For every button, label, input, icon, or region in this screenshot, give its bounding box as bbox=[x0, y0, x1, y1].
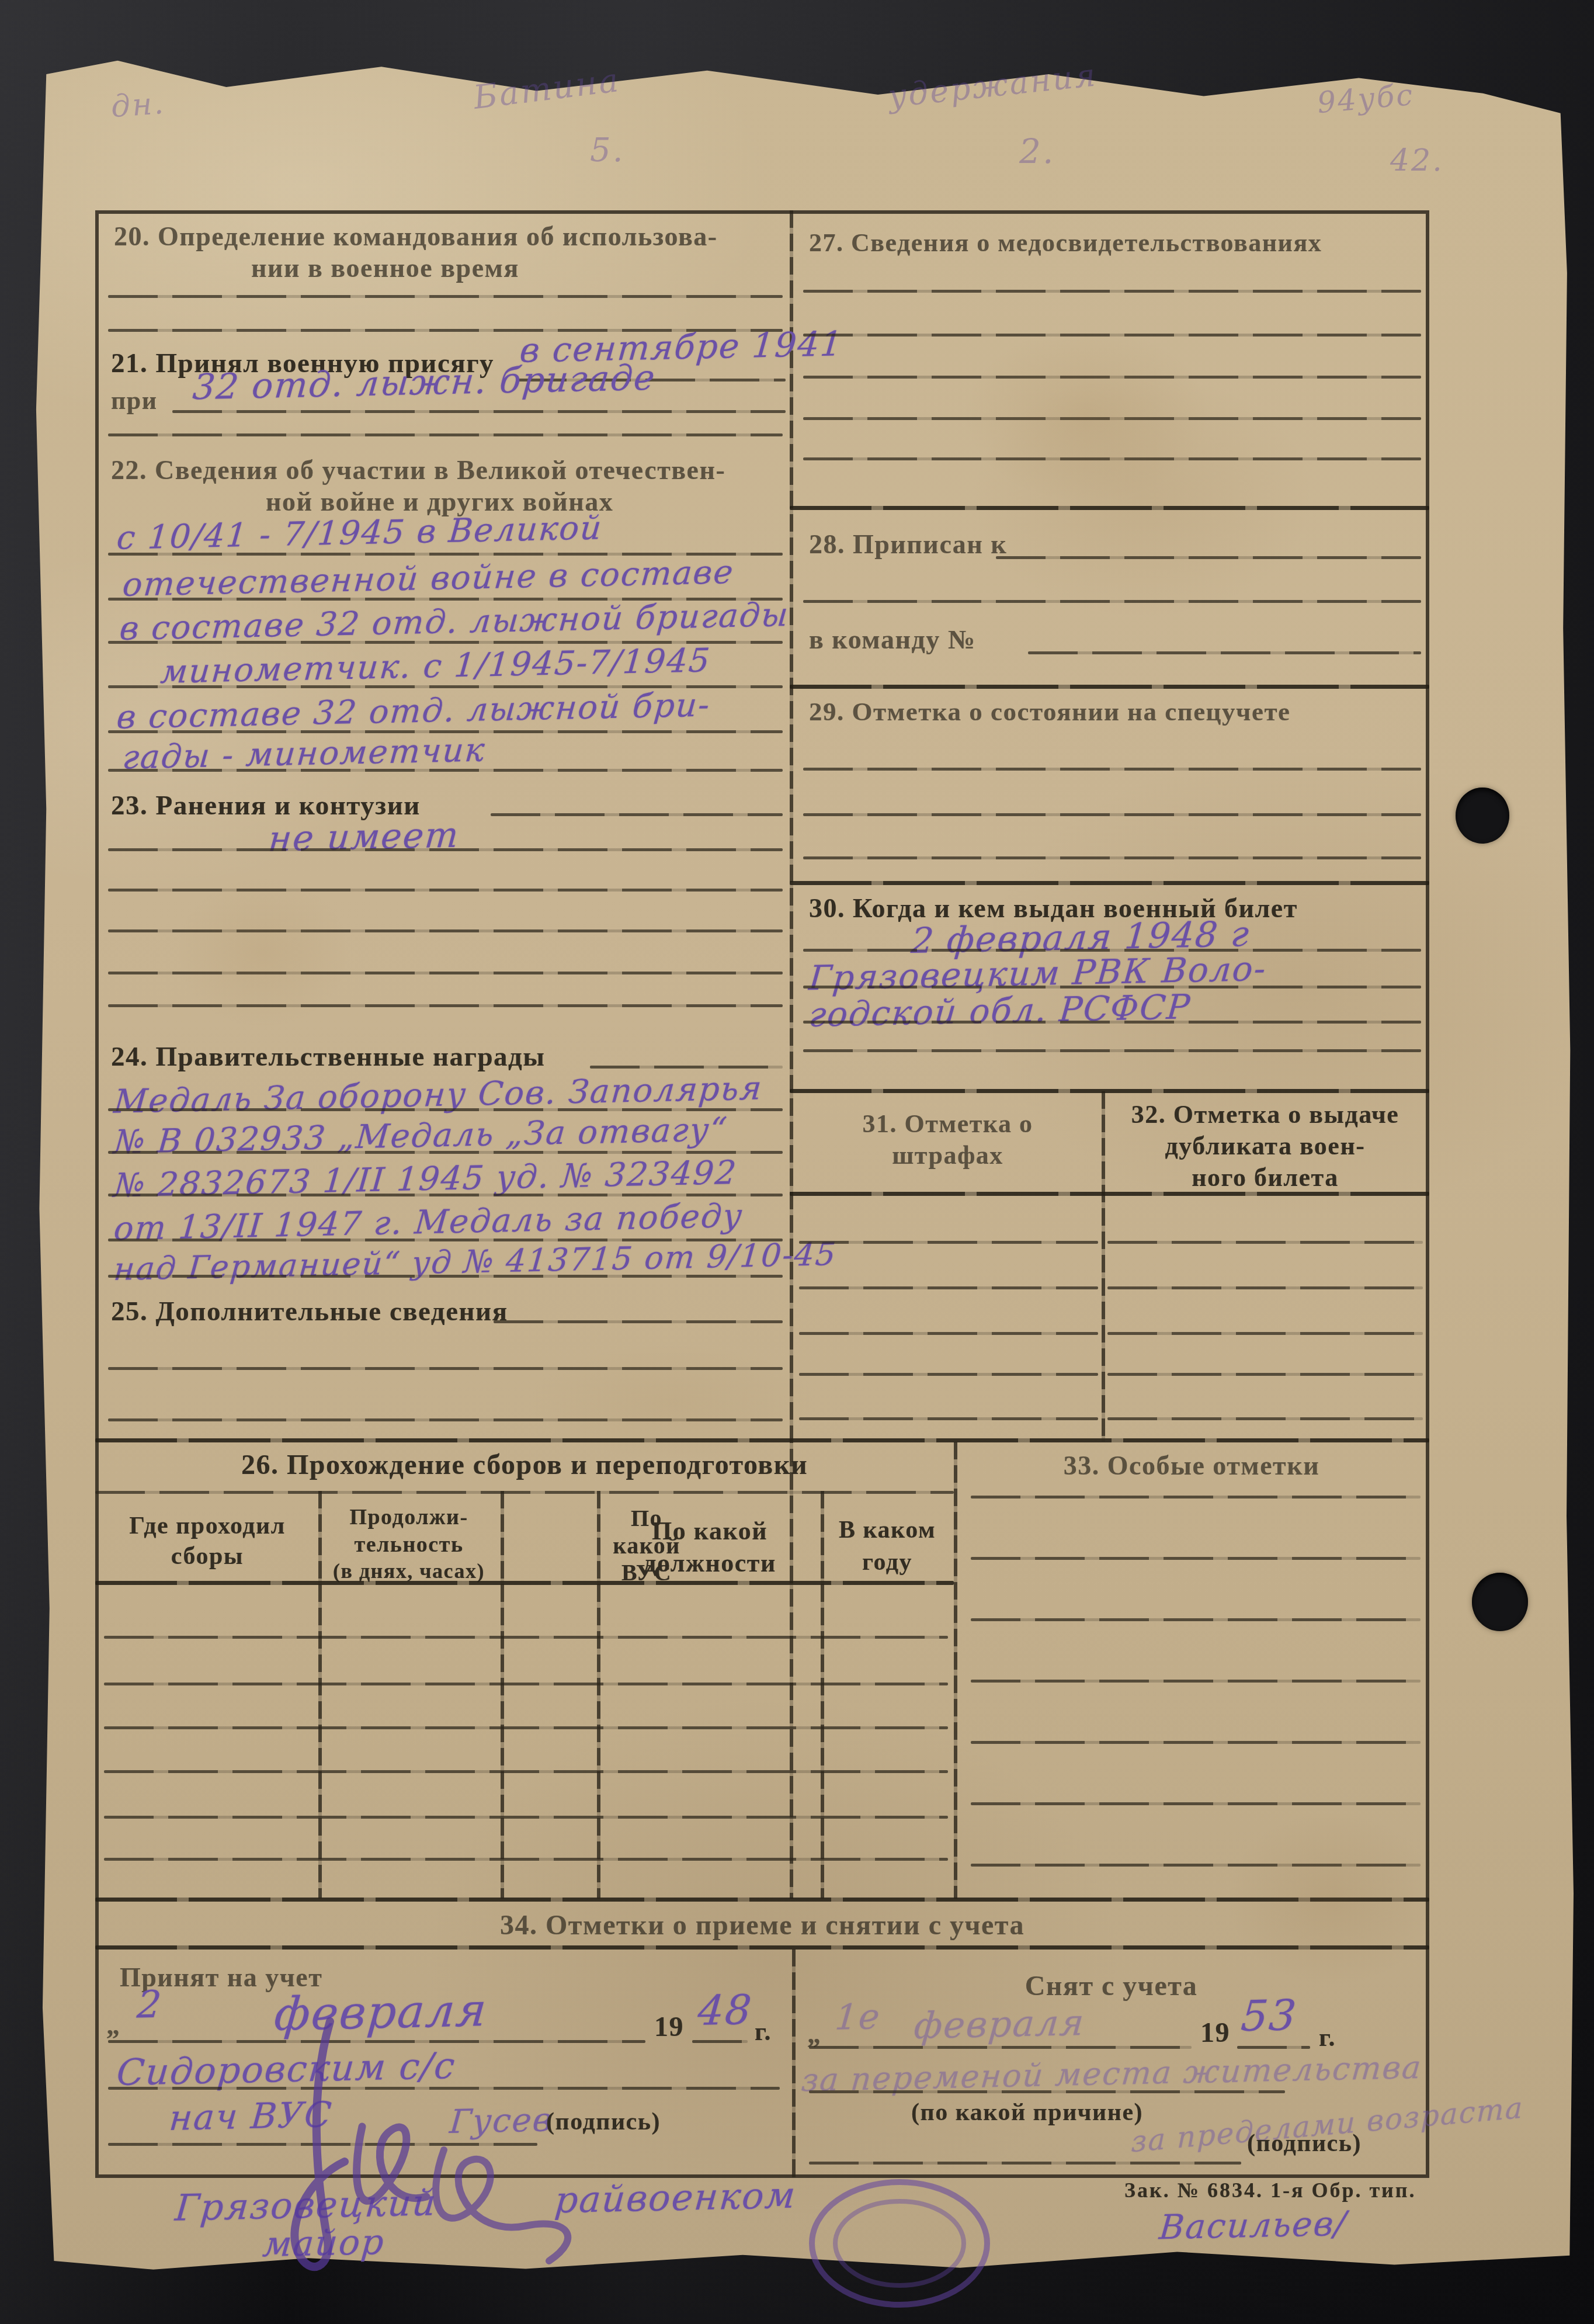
ruled-line bbox=[1107, 1332, 1423, 1335]
s34-right-day: 1е bbox=[834, 1996, 883, 2038]
ruled-line bbox=[803, 1049, 1421, 1052]
ruled-line bbox=[799, 1373, 1098, 1376]
ruled-line bbox=[1107, 1241, 1423, 1244]
ruled-line bbox=[108, 769, 783, 772]
section-34-top-border bbox=[95, 1898, 1429, 1902]
ruled-line bbox=[803, 376, 1421, 379]
section-20-label-line2: нии в военное время bbox=[251, 252, 519, 283]
ruled-line bbox=[1107, 1417, 1423, 1420]
ruled-line bbox=[108, 1418, 783, 1421]
top-annotation: 5. bbox=[590, 131, 624, 169]
s34-right-month: февраля bbox=[912, 2001, 1087, 2047]
table-row-line bbox=[104, 1636, 948, 1639]
col-header-position2: должности bbox=[602, 1548, 818, 1578]
s34-left-day: 2 bbox=[136, 1983, 164, 2027]
section-21-pre: при bbox=[111, 386, 158, 415]
fill-line bbox=[1237, 2046, 1310, 2049]
ruled-line bbox=[799, 1417, 1098, 1420]
table-header-bottom bbox=[95, 1581, 954, 1585]
fill-line bbox=[491, 813, 783, 816]
blank-line bbox=[108, 433, 783, 436]
section-28-label: 28. Приписан к bbox=[809, 529, 1007, 560]
ruled-line bbox=[971, 1618, 1421, 1621]
punch-hole bbox=[1472, 1573, 1528, 1631]
table-row-line bbox=[104, 1726, 948, 1729]
section-32-label2: дубликата воен- bbox=[1105, 1131, 1425, 1161]
ruled-line bbox=[803, 949, 1421, 952]
header-underline bbox=[790, 1192, 1429, 1196]
col-header-place: Где проходил bbox=[99, 1512, 315, 1540]
ruled-line bbox=[803, 856, 1421, 859]
top-annotation: дн. bbox=[110, 86, 166, 124]
ruled-line bbox=[803, 290, 1421, 293]
table-row-line bbox=[104, 1816, 948, 1819]
ruled-line bbox=[108, 1108, 783, 1111]
ruled-line bbox=[803, 1021, 1421, 1024]
quote-mark: „ bbox=[106, 2010, 121, 2041]
round-stamp bbox=[759, 2162, 1005, 2319]
section-27-label: 27. Сведения о медосвидетельствованиях bbox=[809, 228, 1322, 258]
section-29-label: 29. Отметка о состоянии на спецучете bbox=[809, 696, 1290, 727]
blank-line bbox=[108, 295, 783, 298]
fill-line bbox=[996, 556, 1421, 559]
section-34-title-underline bbox=[95, 1945, 1429, 1950]
s34-right-year: 53 bbox=[1239, 1990, 1299, 2041]
ruled-line bbox=[1107, 1373, 1423, 1376]
section-23-handwriting: не имеет bbox=[267, 815, 461, 860]
col-header-duration: Продолжи- bbox=[321, 1504, 496, 1530]
ruled-line bbox=[803, 768, 1421, 771]
ruled-line bbox=[108, 1275, 783, 1278]
section-30-handwriting-region: годской обл. РСФСР bbox=[807, 987, 1192, 1035]
table-row-line bbox=[104, 1858, 948, 1861]
ruled-line bbox=[803, 813, 1421, 816]
table-header-top bbox=[95, 1491, 954, 1494]
section-31-label: 31. Отметка о bbox=[794, 1109, 1101, 1139]
s34-right-year-suffix: г. bbox=[1319, 2023, 1336, 2052]
photo-background: дн. Батина 5. удержания 2. 94убс 42. 20.… bbox=[0, 0, 1594, 2324]
section-26-title: 26. Прохождение сборов и переподготовки bbox=[95, 1449, 954, 1481]
ruled-line bbox=[108, 1151, 783, 1154]
ruled-line bbox=[971, 1741, 1421, 1744]
section-31-label2: штрафах bbox=[794, 1140, 1101, 1170]
section-22-label: 22. Сведения об участии в Великой отечес… bbox=[111, 455, 725, 485]
print-shop-note: Зак. № 6834. 1-я Обр. тип. bbox=[1124, 2178, 1416, 2202]
section-24-label: 24. Правительственные награды bbox=[111, 1041, 546, 1073]
ruled-line bbox=[799, 1286, 1098, 1289]
ruled-line bbox=[108, 929, 783, 932]
fill-line bbox=[1028, 651, 1421, 654]
fill-line bbox=[590, 1066, 783, 1069]
table-column-line bbox=[501, 1491, 504, 1899]
s34-right-sign-label: (подпись) bbox=[1247, 2129, 1362, 2157]
ruled-line bbox=[971, 1680, 1421, 1683]
ruled-line bbox=[803, 417, 1421, 420]
fill-line bbox=[172, 410, 786, 413]
ruled-line bbox=[971, 1496, 1421, 1499]
section-25-label: 25. Дополнительные сведения bbox=[111, 1296, 508, 1327]
fill-line bbox=[809, 2090, 1285, 2093]
s34-right-reason-label: (по какой причине) bbox=[911, 2098, 1143, 2127]
section-28-team-label: в команду № bbox=[809, 624, 975, 655]
ruled-line bbox=[1107, 1286, 1423, 1289]
section-33-label: 33. Особые отметки bbox=[958, 1450, 1425, 1481]
punch-hole bbox=[1456, 788, 1509, 844]
col-header-year2: году bbox=[821, 1548, 954, 1576]
ruled-line bbox=[971, 1557, 1421, 1560]
column-divider bbox=[790, 210, 793, 1899]
table-row-line bbox=[104, 1770, 948, 1773]
top-annotation: 2. bbox=[1019, 131, 1055, 171]
s34-right-year-prefix: 19 bbox=[1200, 2017, 1230, 2049]
ruled-line bbox=[971, 1864, 1421, 1867]
fill-line bbox=[809, 2046, 1192, 2049]
section-26-top-border bbox=[95, 1438, 1429, 1442]
section-31-top-border bbox=[790, 1089, 1429, 1093]
col-header-duration2: тельность bbox=[321, 1532, 496, 1558]
col-header-duration3: (в днях, часах) bbox=[321, 1559, 496, 1583]
ruled-line bbox=[108, 1004, 783, 1007]
fill-line bbox=[494, 1320, 783, 1323]
col-header-year: В каком bbox=[821, 1516, 954, 1544]
top-annotation: 42. bbox=[1390, 143, 1444, 178]
ruled-line bbox=[803, 334, 1421, 337]
table-row-line bbox=[104, 1683, 948, 1685]
section-34-title: 34. Отметки о приеме и снятии с учета bbox=[95, 1909, 1429, 1941]
ink-flourish-signature bbox=[275, 1986, 718, 2290]
ruled-line bbox=[799, 1241, 1098, 1244]
ruled-line bbox=[971, 1802, 1421, 1805]
ruled-line bbox=[108, 972, 783, 974]
section-divider bbox=[790, 685, 1429, 689]
ruled-line bbox=[108, 1367, 783, 1370]
ruled-line bbox=[108, 889, 783, 892]
section-divider bbox=[790, 881, 1429, 885]
ruled-line bbox=[803, 600, 1421, 603]
divider-26-33 bbox=[954, 1442, 957, 1899]
ruled-line bbox=[799, 1332, 1098, 1335]
section-32-label3: ного билета bbox=[1105, 1163, 1425, 1192]
section-32-label: 32. Отметка о выдаче bbox=[1105, 1099, 1425, 1129]
s34-right-heading: Снят с учета bbox=[793, 1970, 1429, 2002]
quote-mark: „ bbox=[807, 2018, 822, 2049]
footer-handwriting-signature: Васильев/ bbox=[1158, 2204, 1349, 2247]
ruled-line bbox=[803, 457, 1421, 460]
col-header-place2: сборы bbox=[99, 1542, 315, 1570]
section-20-label: 20. Определение командования об использо… bbox=[114, 221, 718, 252]
col-header-position: По какой bbox=[602, 1516, 818, 1546]
ruled-line bbox=[108, 848, 783, 851]
s34-left-year-suffix: г. bbox=[755, 2017, 772, 2046]
section-divider bbox=[790, 506, 1429, 510]
ruled-line bbox=[108, 1194, 783, 1196]
